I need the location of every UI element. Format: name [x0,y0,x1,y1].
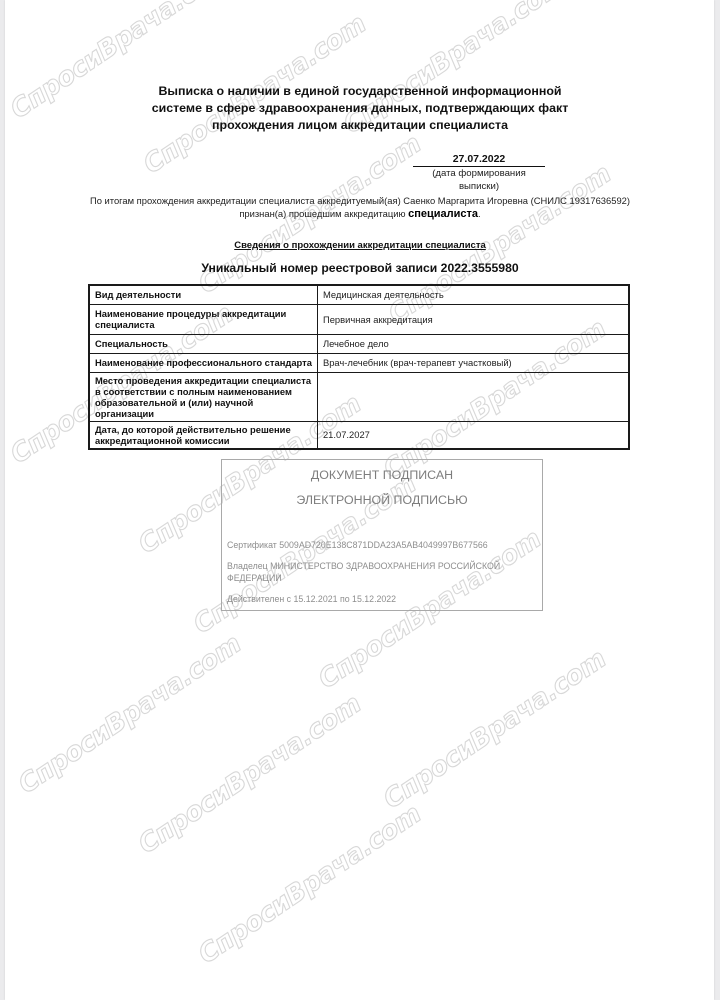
stamp-certificate: Сертификат 5009AD720E138C871DDA23A5AB404… [227,539,532,551]
intro-line-2: признан(а) прошедшим аккредитацию специа… [0,207,720,221]
electronic-signature-stamp: ДОКУМЕНТ ПОДПИСАН ЭЛЕКТРОННОЙ ПОДПИСЬЮ С… [221,459,543,611]
row-label: Дата, до которой действительно решение а… [89,421,317,449]
intro-paragraph: По итогам прохождения аккредитации специ… [0,194,720,221]
row-label: Наименование процедуры аккредитации спец… [89,304,317,334]
registry-number: Уникальный номер реестровой записи 2022.… [0,261,720,275]
formation-date: 27.07.2022 [413,153,545,167]
row-value: Медицинская деятельность [317,285,629,304]
intro-emphasis: специалиста [408,208,478,220]
intro-prefix: признан(а) прошедшим аккредитацию [239,208,408,219]
row-value [317,372,629,421]
row-label: Специальность [89,334,317,353]
table-row: Наименование процедуры аккредитации спец… [89,304,629,334]
table-row: Дата, до которой действительно решение а… [89,421,629,449]
table-row: Наименование профессионального стандарта… [89,353,629,372]
title-line: прохождения лицом аккредитации специалис… [0,117,720,134]
row-value: 21.07.2027 [317,421,629,449]
row-value: Лечебное дело [317,334,629,353]
title-line: системе в сфере здравоохранения данных, … [0,100,720,117]
stamp-owner: Владелец МИНИСТЕРСТВО ЗДРАВООХРАНЕНИЯ РО… [227,560,532,584]
document-content: Выписка о наличии в единой государственн… [0,0,720,1000]
stamp-title-line-1: ДОКУМЕНТ ПОДПИСАН [222,468,542,482]
table-row: Вид деятельности Медицинская деятельност… [89,285,629,304]
table-row: Место проведения аккредитации специалист… [89,372,629,421]
row-label: Вид деятельности [89,285,317,304]
formation-date-caption: (дата формирования выписки) [413,167,545,193]
stamp-validity: Действителен с 15.12.2021 по 15.12.2022 [227,593,532,605]
row-label: Место проведения аккредитации специалист… [89,372,317,421]
formation-date-block: 27.07.2022 (дата формирования выписки) [413,153,545,193]
title-line: Выписка о наличии в единой государственн… [0,83,720,100]
row-value: Врач-лечебник (врач-терапевт участковый) [317,353,629,372]
row-label: Наименование профессионального стандарта [89,353,317,372]
document-title: Выписка о наличии в единой государственн… [0,83,720,134]
intro-suffix: . [478,208,481,219]
intro-line: По итогам прохождения аккредитации специ… [0,194,720,207]
table-row: Специальность Лечебное дело [89,334,629,353]
row-value: Первичная аккредитация [317,304,629,334]
accreditation-table: Вид деятельности Медицинская деятельност… [88,284,630,450]
section-heading: Сведения о прохождении аккредитации спец… [0,240,720,251]
stamp-title-line-2: ЭЛЕКТРОННОЙ ПОДПИСЬЮ [222,493,542,507]
